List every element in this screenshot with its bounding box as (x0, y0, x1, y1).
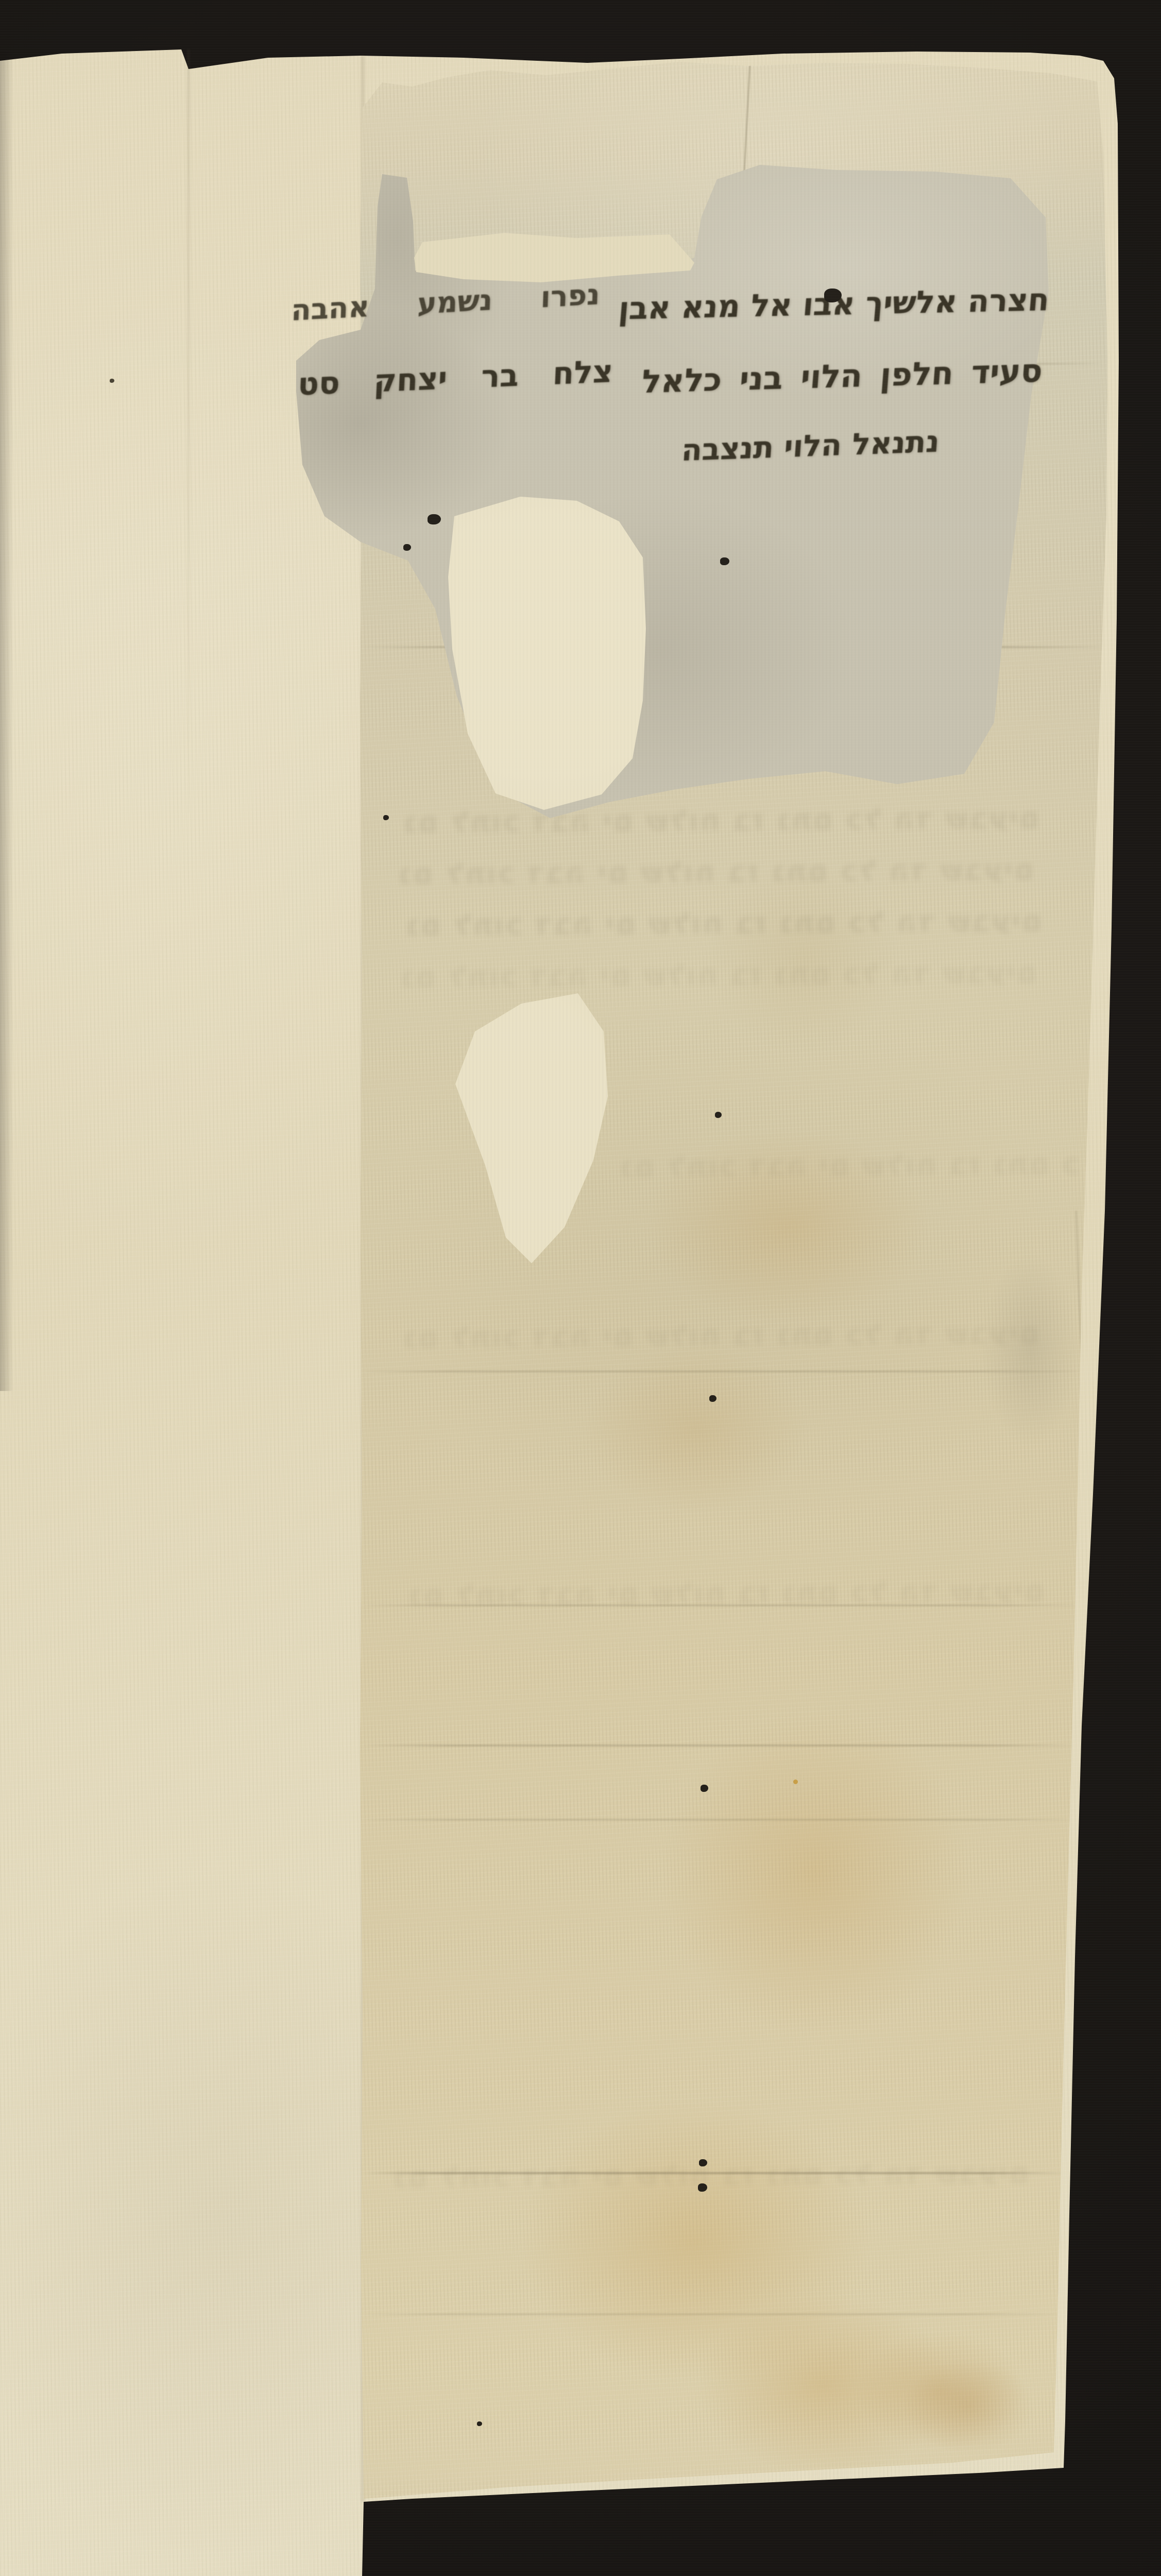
pigment-dot (793, 1780, 798, 1784)
ghost-text-line: נם לתוכ דבה ים שלוח בז נתם כל הד שבעים (397, 853, 1056, 897)
stain (824, 2308, 1056, 2473)
ghost-text-line: נם לתוכ דבה ים שלוח בז נתם כל הד שבעים (391, 2156, 1061, 2200)
stain (876, 2339, 1061, 2473)
crease-line (363, 1744, 1079, 1747)
backing-fold-crease (187, 49, 190, 822)
ghost-text-line: נם לתוכ דבה ים שלוח בז נתם כל הד שבעים (402, 1317, 1061, 1361)
ghost-text-line: נם לתוכ דבה ים שלוח בז נתם כל הד שבעים (407, 1574, 1066, 1618)
ghost-text-line: נם לתוכ דבה ים שלוח בז נתם כל הד שבעים (618, 1147, 1082, 1190)
ghost-text-line: נם לתוכ דבה ים שלוח בז נתם כל הד שבעים (399, 956, 1058, 1000)
crease-line (363, 1370, 1084, 1372)
backing-left-edge-shadow (0, 52, 13, 1391)
ink-speck (701, 1785, 708, 1792)
stain (618, 1664, 1056, 2128)
photo-canvas: נם לתוכ דבה ים שלוח בז נתם כל הד שבעים נ… (0, 0, 1161, 2576)
stain (464, 2035, 979, 2447)
ink-speck (477, 2421, 482, 2426)
ghost-text-line: נם לתוכ דבה ים שלוח בז נתם כל הד שבעים (404, 905, 1064, 948)
crease-line (363, 2313, 1064, 2315)
ghost-text-line: נם לתוכ דבה ים שלוח בז נתם כל הד שבעים (402, 802, 1061, 845)
ink-speck (709, 1395, 716, 1402)
ink-speck (715, 1112, 722, 1118)
crease-line (363, 1819, 1077, 1821)
